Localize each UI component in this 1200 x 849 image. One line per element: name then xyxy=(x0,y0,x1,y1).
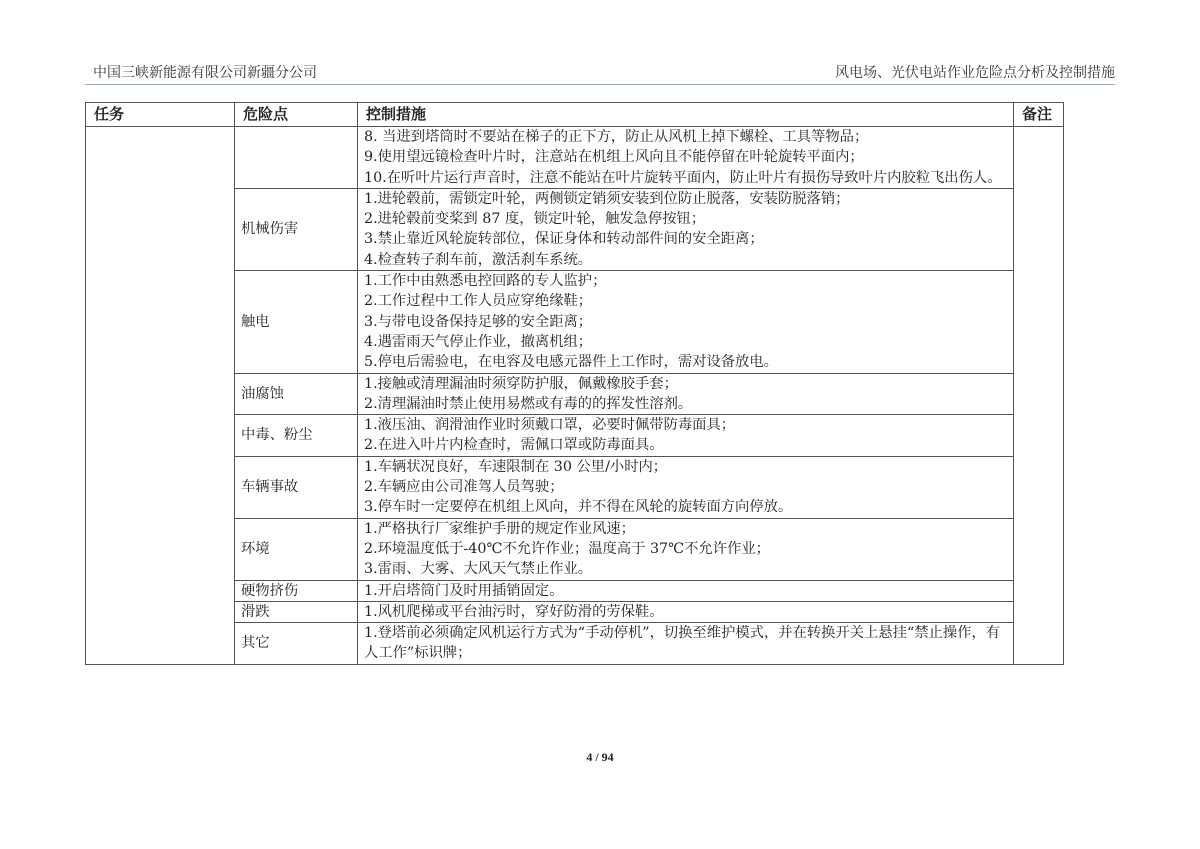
measure-item: 2.清理漏油时禁止使用易燃或有毒的的挥发性溶剂。 xyxy=(364,394,1007,414)
hazard-cell: 触电 xyxy=(235,271,358,373)
table-header-row: 任务 危险点 控制措施 备注 xyxy=(86,103,1064,127)
measure-item: 1.严格执行厂家维护手册的规定作业风速； xyxy=(364,519,1007,539)
page-number: 4 / 94 xyxy=(0,750,1200,765)
measures-cell: 1.登塔前必须确定风机运行方式为“手动停机”，切换至维护模式，并在转换开关上悬挂… xyxy=(358,623,1014,665)
measure-item: 3.雷雨、大雾、大风天气禁止作业。 xyxy=(364,559,1007,579)
column-header-task: 任务 xyxy=(86,103,235,127)
measures-cell: 1.工作中由熟悉电控回路的专人监护；2.工作过程中工作人员应穿绝缘鞋；3.与带电… xyxy=(358,271,1014,373)
hazard-cell: 滑跌 xyxy=(235,601,358,622)
measures-cell: 1.接触或清理漏油时须穿防护服，佩戴橡胶手套；2.清理漏油时禁止使用易燃或有毒的… xyxy=(358,373,1014,415)
hazard-cell: 中毒、粉尘 xyxy=(235,415,358,457)
measure-item: 3.禁止靠近风轮旋转部位，保证身体和转动部件间的安全距离； xyxy=(364,229,1007,249)
measures-cell: 1.开启塔筒门及时用插销固定。 xyxy=(358,580,1014,601)
hazard-cell: 硬物挤伤 xyxy=(235,580,358,601)
document-title: 风电场、光伏电站作业危险点分析及控制措施 xyxy=(835,62,1115,82)
column-header-notes: 备注 xyxy=(1014,103,1064,127)
hazard-cell: 环境 xyxy=(235,518,358,580)
measure-item: 1.接触或清理漏油时须穿防护服，佩戴橡胶手套； xyxy=(364,374,1007,394)
measure-item: 2.工作过程中工作人员应穿绝缘鞋； xyxy=(364,291,1007,311)
measure-item: 3.与带电设备保持足够的安全距离； xyxy=(364,312,1007,332)
measure-item: 1.开启塔筒门及时用插销固定。 xyxy=(364,581,1007,601)
hazard-cell: 油腐蚀 xyxy=(235,373,358,415)
measure-item: 9.使用望远镜检查叶片时，注意站在机组上风向且不能停留在叶轮旋转平面内； xyxy=(364,147,1007,167)
measure-item: 3.停车时一定要停在机组上风向，并不得在风轮的旋转面方向停放。 xyxy=(364,497,1007,517)
hazard-cell: 车辆事故 xyxy=(235,456,358,518)
hazard-cell: 机械伤害 xyxy=(235,188,358,270)
hazard-cell xyxy=(235,127,358,189)
measures-cell: 1.液压油、润滑油作业时须戴口罩，必要时佩带防毒面具；2.在进入叶片内检查时，需… xyxy=(358,415,1014,457)
measure-item: 4.检查转子刹车前，激活刹车系统。 xyxy=(364,250,1007,270)
risk-control-table: 任务 危险点 控制措施 备注 8. 当进到塔筒时不要站在梯子的正下方，防止从风机… xyxy=(85,102,1064,665)
measure-item: 1.工作中由熟悉电控回路的专人监护； xyxy=(364,271,1007,291)
page-header: 中国三峡新能源有限公司新疆分公司 风电场、光伏电站作业危险点分析及控制措施 xyxy=(85,60,1115,85)
measure-item: 2.车辆应由公司准驾人员驾驶； xyxy=(364,477,1007,497)
measure-item: 10.在听叶片运行声音时，注意不能站在叶片旋转平面内，防止叶片有损伤导致叶片内胶… xyxy=(364,168,1007,188)
measures-cell: 1.进轮毂前，需锁定叶轮，两侧锁定销须安装到位防止脱落，安装防脱落销；2.进轮毂… xyxy=(358,188,1014,270)
task-cell xyxy=(86,127,235,665)
measures-cell: 8. 当进到塔筒时不要站在梯子的正下方，防止从风机上掉下螺栓、工具等物品；9.使… xyxy=(358,127,1014,189)
measure-item: 4.遇雷雨天气停止作业，撤离机组； xyxy=(364,332,1007,352)
table-body: 8. 当进到塔筒时不要站在梯子的正下方，防止从风机上掉下螺栓、工具等物品；9.使… xyxy=(86,127,1064,665)
notes-cell xyxy=(1014,127,1064,665)
measure-item: 8. 当进到塔筒时不要站在梯子的正下方，防止从风机上掉下螺栓、工具等物品； xyxy=(364,127,1007,147)
column-header-measures: 控制措施 xyxy=(358,103,1014,127)
company-name: 中国三峡新能源有限公司新疆分公司 xyxy=(93,62,317,82)
measure-item: 1.车辆状况良好，车速限制在 30 公里/小时内； xyxy=(364,457,1007,477)
measures-cell: 1.车辆状况良好，车速限制在 30 公里/小时内；2.车辆应由公司准驾人员驾驶；… xyxy=(358,456,1014,518)
measure-item: 5.停电后需验电，在电容及电感元器件上工作时，需对设备放电。 xyxy=(364,352,1007,372)
measure-item: 2.环境温度低于-40℃不允许作业；温度高于 37℃不允许作业； xyxy=(364,539,1007,559)
measures-cell: 1.风机爬梯或平台油污时，穿好防滑的劳保鞋。 xyxy=(358,601,1014,622)
measure-item: 1.风机爬梯或平台油污时，穿好防滑的劳保鞋。 xyxy=(364,602,1007,622)
table-row: 8. 当进到塔筒时不要站在梯子的正下方，防止从风机上掉下螺栓、工具等物品；9.使… xyxy=(86,127,1064,189)
measures-cell: 1.严格执行厂家维护手册的规定作业风速；2.环境温度低于-40℃不允许作业；温度… xyxy=(358,518,1014,580)
measure-item: 1.进轮毂前，需锁定叶轮，两侧锁定销须安装到位防止脱落，安装防脱落销； xyxy=(364,189,1007,209)
measure-item: 1.登塔前必须确定风机运行方式为“手动停机”，切换至维护模式，并在转换开关上悬挂… xyxy=(364,623,1007,664)
measure-item: 1.液压油、润滑油作业时须戴口罩，必要时佩带防毒面具； xyxy=(364,415,1007,435)
measure-item: 2.进轮毂前变桨到 87 度，锁定叶轮，触发急停按钮； xyxy=(364,209,1007,229)
column-header-hazard: 危险点 xyxy=(235,103,358,127)
hazard-cell: 其它 xyxy=(235,623,358,665)
measure-item: 2.在进入叶片内检查时，需佩口罩或防毒面具。 xyxy=(364,435,1007,455)
